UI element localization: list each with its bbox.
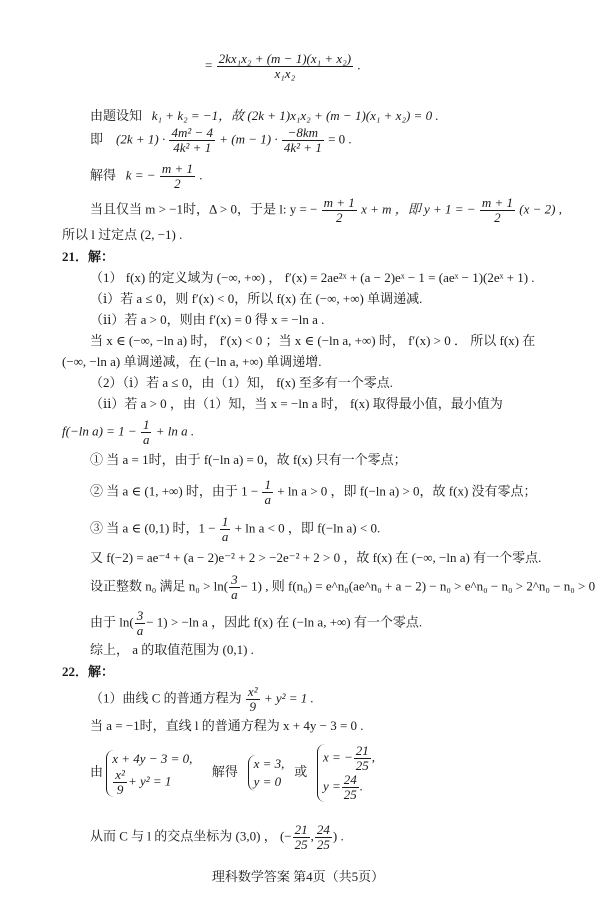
question-heading-22: 22．解： [62,664,114,680]
fraction: 3a [135,609,146,638]
fraction: 2425 [342,773,359,802]
equation-system-line: 由 x + 4y − 3 = 0, x²9+ y² = 1 解得 x = 3, … [90,744,375,802]
equation-line: 即 (2k + 1) · 4m² − 44k² + 1 + (m − 1) · … [90,126,352,155]
fraction: 2425 [315,823,332,852]
equation-line: f(−ln a) = 1 − 1a + ln a . [62,418,194,447]
fraction: 2125 [354,744,371,773]
text-line: （ⅱ）若 a > 0，则由 f′(x) = 0 得 x = −ln a . [90,312,324,328]
text-line: （1） f(x) 的定义域为 (−∞, +∞) ， f′(x) = 2ae²ˣ … [90,270,535,286]
intersection-result: 从而 C 与 l 的交点坐标为 (3,0) ， (−2125,2425) . [90,823,344,852]
text-line: 当 a = −1时，直线 l 的普通方程为 x + 4y − 3 = 0 . [90,718,364,734]
fraction: 2125 [293,823,310,852]
fraction: x²9 [246,685,260,714]
equation-line: 解得 k = − m + 12 . [90,162,203,191]
fraction: m + 12 [480,196,515,225]
equation-slope-sum: = 2kx₁x₂ + (m − 1)(x₁ + x₂)x₁x₂ . [205,52,361,81]
text-line: 又 f(−2) = ae⁻⁴ + (a − 2)e⁻² + 2 > −2e⁻² … [90,550,541,566]
equation-line: （1）曲线 C 的普通方程为 x²9 + y² = 1 . [90,685,314,714]
question-heading-21: 21．解： [62,249,114,265]
conclusion: 综上， a 的取值范围为 (0,1) . [90,642,254,658]
text-line: 由题设知 k₁ + k₂ = −1，故 (2k + 1)x₁x₂ + (m − … [90,108,439,124]
text-line: 所以 l 过定点 (2, −1) . [62,227,182,243]
text-line: （ⅰ）若 a ≤ 0，则 f′(x) < 0，所以 f(x) 在 (−∞, +∞… [90,291,422,307]
text-line: （ⅱ）若 a > 0 ，由（1）知，当 x = −ln a 时， f(x) 取得… [90,396,503,412]
text-line: （2）（ⅰ）若 a ≤ 0，由（1）知， f(x) 至多有一个零点. [90,375,393,391]
fraction: 1a [220,515,231,544]
case-1: ① 当 a = 1时，由于 f(−ln a) = 0，故 f(x) 只有一个零点… [90,452,407,468]
fraction: m + 12 [160,162,195,191]
fraction: 1a [262,478,273,507]
solution-system-2: x = −2125, y =2425. [317,744,375,802]
equation-system: x + 4y − 3 = 0, x²9+ y² = 1 [106,750,192,797]
fraction: −8km4k² + 1 [282,126,324,155]
fraction: 3a [229,573,240,602]
text-line: 当 x ∈ (−∞, −ln a) 时， f′(x) < 0 ；当 x ∈ (−… [90,333,535,349]
equation-line: 设正整数 n₀ 满足 n₀ > ln(3a− 1) , 则 f(n₀) = e^… [90,573,596,602]
case-2: ② 当 a ∈ (1, +∞) 时，由于 1 − 1a + ln a > 0 ，… [90,478,537,507]
text-line: (−∞, −ln a) 单调递减，在 (−ln a, +∞) 单调递增. [62,354,321,370]
solution-system-1: x = 3, y = 0 [248,755,285,791]
page-footer: 理科数学答案 第4页（共5页） [0,866,596,885]
equation-line: 当且仅当 m > −1时，Δ > 0，于是 l: y = − m + 12 x … [90,196,562,225]
equation-line: 由于 ln(3a− 1) > −ln a ，因此 f(x) 在 (−ln a, … [90,609,422,638]
fraction: 4m² − 44k² + 1 [169,126,215,155]
fraction: 2kx₁x₂ + (m − 1)(x₁ + x₂)x₁x₂ [217,52,353,81]
fraction: x²9 [113,768,127,797]
fraction: m + 12 [322,196,357,225]
case-3: ③ 当 a ∈ (0,1) 时，1 − 1a + ln a < 0 ，即 f(−… [90,515,380,544]
fraction: 1a [141,418,152,447]
